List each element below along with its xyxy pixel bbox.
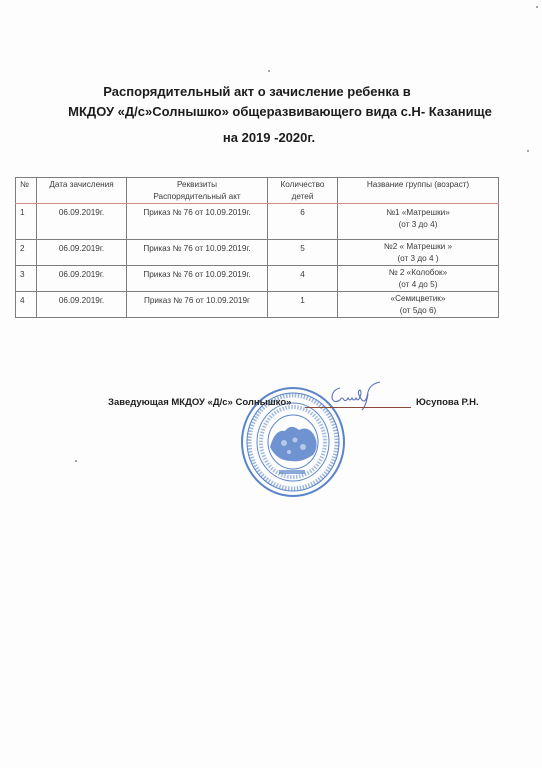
row-order: Приказ № 76 от 10.09.2019г. (127, 266, 268, 292)
scan-speck (268, 70, 270, 72)
table-row: 1 06.09.2019г. Приказ № 76 от 10.09.2019… (16, 204, 499, 240)
header-count-line1: Количество (268, 179, 337, 191)
row-num: 4 (16, 292, 37, 318)
document-title-line-1: Распорядительный акт о зачисление ребенк… (0, 84, 528, 99)
header-details: Реквизиты Распорядительный акт (127, 178, 268, 204)
row-group: «Семицветик» (от 5до 6) (338, 292, 499, 318)
row-date: 06.09.2019г. (37, 204, 127, 240)
scan-speck (536, 6, 538, 8)
row-order: Приказ № 76 от 10.09.2019г (127, 292, 268, 318)
group-name: «Семицветик» (338, 293, 498, 305)
row-count: 5 (268, 240, 338, 266)
group-name: № 2 «Колобок» (338, 267, 498, 279)
header-group: Название группы (возраст) (338, 178, 499, 204)
row-group: №2 « Матрешки » (от 3 до 4 ) (338, 240, 499, 266)
header-num: № (16, 178, 37, 204)
row-count: 1 (268, 292, 338, 318)
enrollment-table: № Дата зачисления Реквизиты Распорядител… (15, 177, 499, 318)
table-row: 2 06.09.2019г. Приказ № 76 от 10.09.2019… (16, 240, 499, 266)
row-date: 06.09.2019г. (37, 292, 127, 318)
row-order: Приказ № 76 от 10.09.2019г. (127, 240, 268, 266)
row-order: Приказ № 76 от 10.09.2019г. (127, 204, 268, 240)
row-group: № 2 «Колобок» (от 4 до 5) (338, 266, 499, 292)
row-count: 4 (268, 266, 338, 292)
header-count: Количество детей (268, 178, 338, 204)
row-num: 1 (16, 204, 37, 240)
row-group: №1 «Матрешки» (от 3 до 4) (338, 204, 499, 240)
document-title-line-2: МКДОУ «Д/с»Солнышко» общеразвивающего ви… (9, 104, 542, 119)
group-age: (от 4 до 5) (338, 279, 498, 291)
row-num: 2 (16, 240, 37, 266)
group-age: (от 3 до 4) (338, 219, 498, 231)
scan-speck (527, 150, 529, 152)
scanned-page: Распорядительный акт о зачисление ребенк… (0, 0, 542, 768)
signature-position-label: Заведующая МКДОУ «Д/с» Солнышко» (108, 397, 291, 408)
document-title-year: на 2019 -2020г. (0, 130, 540, 145)
signature-line (305, 407, 411, 408)
header-date: Дата зачисления (37, 178, 127, 204)
row-date: 06.09.2019г. (37, 240, 127, 266)
row-count: 6 (268, 204, 338, 240)
group-age: (от 3 до 4 ) (338, 253, 498, 265)
header-details-line2: Распорядительный акт (127, 191, 267, 203)
group-age: (от 5до 6) (338, 305, 498, 317)
scan-speck (75, 460, 77, 462)
table-header-row: № Дата зачисления Реквизиты Распорядител… (16, 178, 499, 204)
row-date: 06.09.2019г. (37, 266, 127, 292)
header-details-line1: Реквизиты (127, 179, 267, 191)
row-num: 3 (16, 266, 37, 292)
group-name: №1 «Матрешки» (338, 207, 498, 219)
table-row: 4 06.09.2019г. Приказ № 76 от 10.09.2019… (16, 292, 499, 318)
signatory-name: Юсупова Р.Н. (416, 397, 479, 408)
group-name: №2 « Матрешки » (338, 241, 498, 253)
table-row: 3 06.09.2019г. Приказ № 76 от 10.09.2019… (16, 266, 499, 292)
header-count-line2: детей (268, 191, 337, 203)
